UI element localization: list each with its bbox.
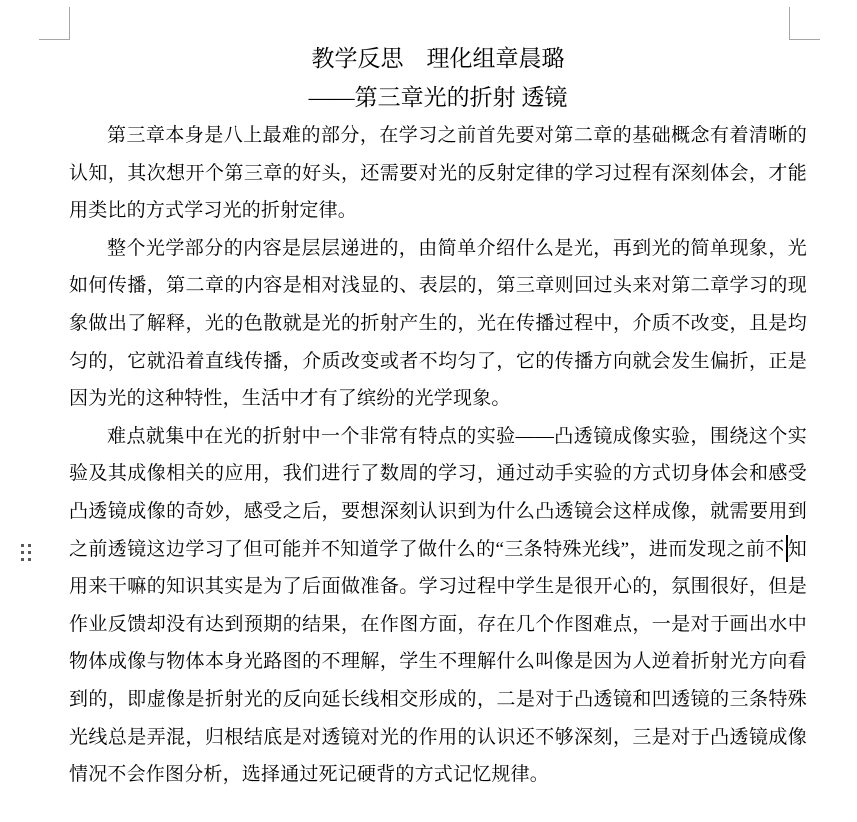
paragraph-3-text-before-cursor[interactable]: 难点就集中在光的折射中一个非常有特点的实验——凸透镜成像实验，围绕这个实验及其成… [69, 426, 807, 560]
handle-dot [21, 544, 24, 547]
paragraph-1[interactable]: 第三章本身是八上最难的部分，在学习之前首先要对第二章的基础概念有着清晰的认知，其… [69, 117, 807, 230]
document-text-area[interactable]: 教学反思 理化组章晨璐 ——第三章光的折射 透镜 第三章本身是八上最难的部分，在… [69, 39, 807, 794]
paragraph-3[interactable]: 难点就集中在光的折射中一个非常有特点的实验——凸透镜成像实验，围绕这个实验及其成… [69, 418, 807, 794]
margin-crop-mark-top-right [789, 7, 820, 40]
document-page: 教学反思 理化组章晨璐 ——第三章光的折射 透镜 第三章本身是八上最难的部分，在… [0, 0, 857, 822]
paragraph-2[interactable]: 整个光学部分的内容是层层递进的，由简单介绍什么是光，再到光的简单现象，光如何传播… [69, 230, 807, 418]
handle-dot [21, 551, 24, 554]
handle-dot [28, 544, 31, 547]
paragraph-3-text-after-cursor[interactable]: 知用来干嘛的知识其实是为了后面做准备。学习过程中学生是很开心的，氛围很好，但是作… [69, 539, 807, 786]
paragraph-drag-handle-icon[interactable] [21, 544, 31, 561]
handle-dot [28, 558, 31, 561]
document-subtitle[interactable]: ——第三章光的折射 透镜 [69, 78, 807, 117]
document-title[interactable]: 教学反思 理化组章晨璐 [69, 39, 807, 78]
handle-dot [28, 551, 31, 554]
margin-crop-mark-top-left [39, 7, 70, 40]
handle-dot [21, 558, 24, 561]
